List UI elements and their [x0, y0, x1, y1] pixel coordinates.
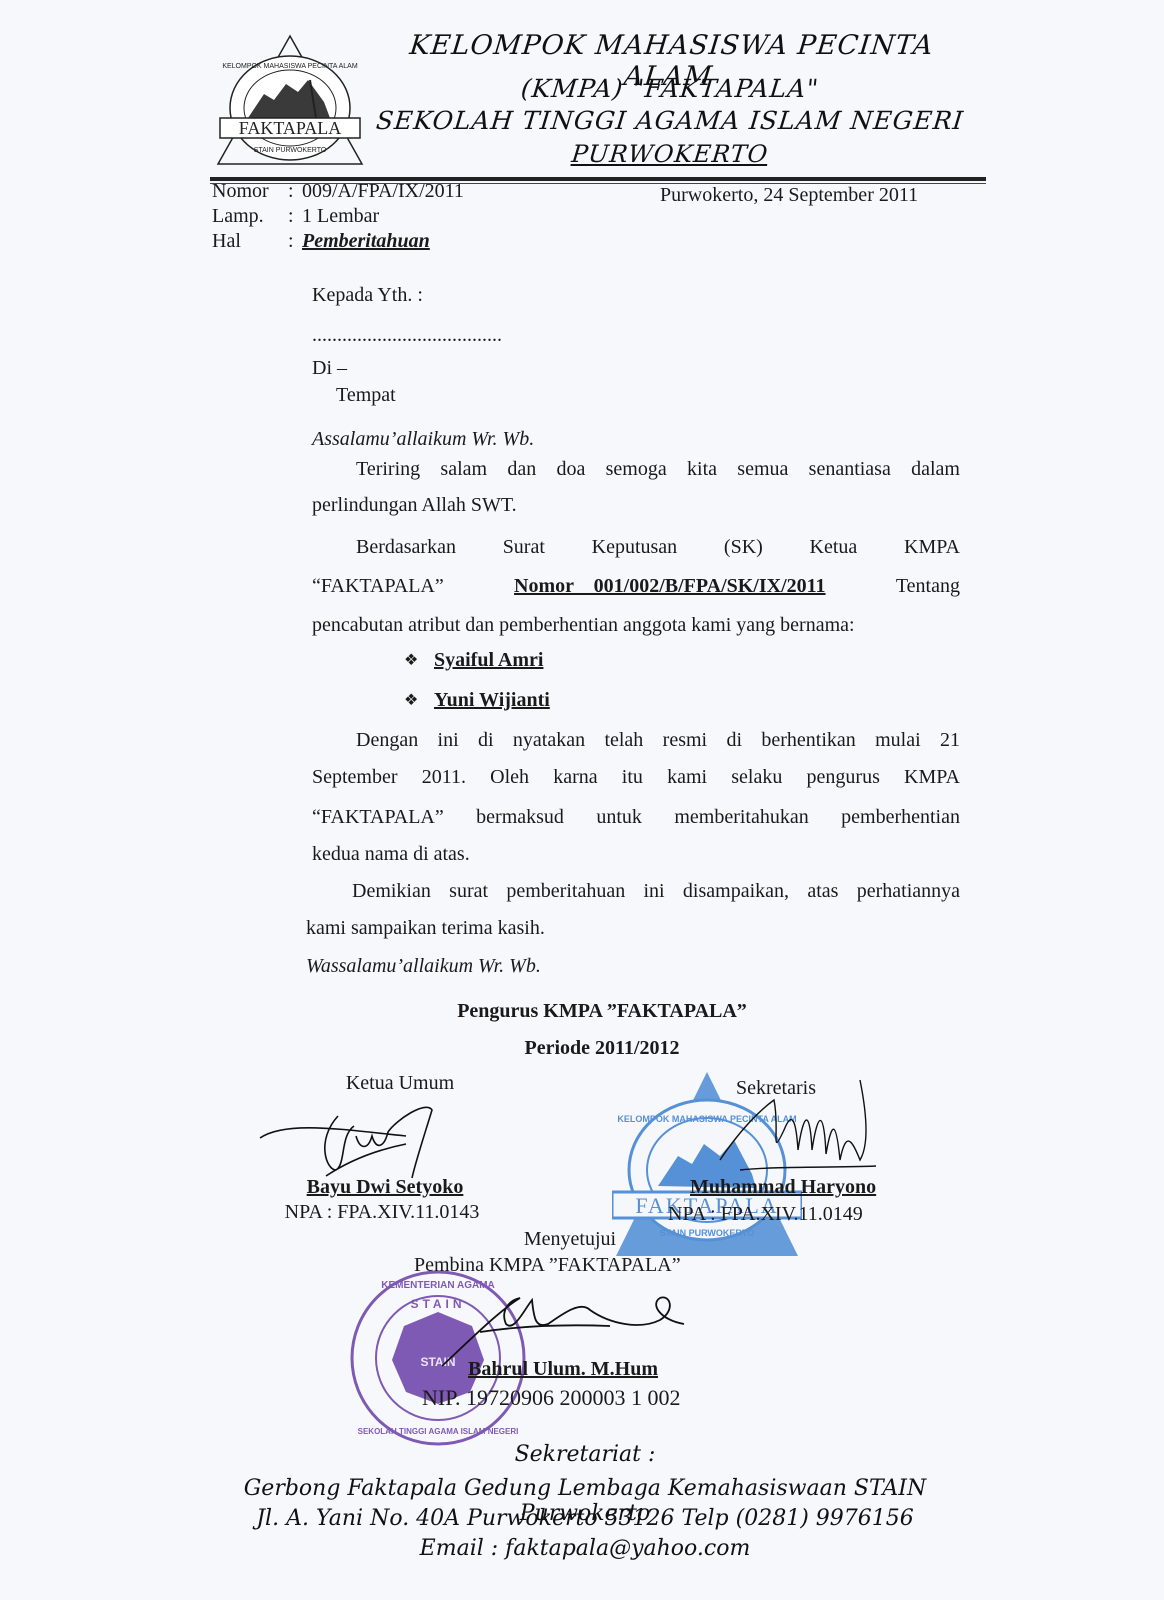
faktapala-logo-icon: FAKTAPALA KELOMPOK MAHASISWA PECINTA ALA…	[212, 32, 368, 168]
pembina-title: Pembina KMPA ”FAKTAPALA”	[414, 1254, 681, 1277]
footer-address-2: Jl. A. Yani No. 40A Purwokerto 53126 Tel…	[190, 1506, 980, 1531]
tentang-word: Tentang	[896, 575, 960, 598]
letterhead-line-2: (KMPA) "FAKTAPALA"	[368, 74, 971, 103]
p4-line-1: Demikian surat pemberitahuan ini disampa…	[352, 880, 960, 903]
p3-line-1: Dengan ini di nyatakan telah resmi di be…	[356, 729, 960, 752]
di-label: Di –	[312, 357, 347, 380]
diamond-bullet-icon: ❖	[404, 650, 418, 670]
sekretaris-title: Sekretaris	[736, 1077, 816, 1100]
colon: :	[288, 205, 294, 228]
p2-line-2: “FAKTAPALA” Nomor 001/002/B/FPA/SK/IX/20…	[312, 575, 960, 598]
colon: :	[288, 180, 294, 203]
p2-line-3: pencabutan atribut dan pemberhentian ang…	[312, 614, 855, 637]
member-name: Syaiful Amri	[434, 649, 543, 672]
svg-text:KELOMPOK MAHASISWA PECINTA ALA: KELOMPOK MAHASISWA PECINTA ALAM	[617, 1114, 796, 1124]
svg-text:STAIN: STAIN	[420, 1355, 455, 1369]
sk-number: Nomor 001/002/B/FPA/SK/IX/2011	[514, 575, 826, 598]
p2-line-1: Berdasarkan Surat Keputusan (SK) Ketua K…	[356, 536, 960, 559]
diamond-bullet-icon: ❖	[404, 690, 418, 710]
sekretaris-npa: NPA : FPA.XIV.11.0149	[668, 1203, 863, 1226]
p1-line-1: Teriring salam dan doa semoga kita semua…	[356, 458, 960, 481]
ketua-signature-icon	[256, 1100, 466, 1180]
org-name: Pengurus KMPA ”FAKTAPALA”	[412, 1000, 792, 1023]
p3-line-2: September 2011. Oleh karna itu kami sela…	[312, 766, 960, 789]
period: Periode 2011/2012	[412, 1037, 792, 1060]
colon: :	[288, 230, 294, 253]
svg-text:KEMENTERIAN AGAMA: KEMENTERIAN AGAMA	[381, 1280, 495, 1291]
svg-text:STAIN PURWOKERTO: STAIN PURWOKERTO	[254, 147, 327, 154]
sekretaris-name: Muhammad Haryono	[690, 1176, 876, 1199]
svg-text:SEKOLAH TINGGI AGAMA ISLAM NEG: SEKOLAH TINGGI AGAMA ISLAM NEGERI	[358, 1427, 519, 1436]
recipient-dots: ......................................	[312, 324, 502, 347]
pembina-name: Bahrul Ulum. M.Hum	[468, 1358, 658, 1381]
letter-page: FAKTAPALA KELOMPOK MAHASISWA PECINTA ALA…	[0, 0, 1164, 1600]
hal-label: Hal	[212, 230, 241, 253]
p4-line-2: kami sampaikan terima kasih.	[306, 917, 545, 940]
svg-text:KELOMPOK MAHASISWA PECINTA ALA: KELOMPOK MAHASISWA PECINTA ALAM	[222, 63, 358, 70]
ketua-title: Ketua Umum	[300, 1072, 500, 1095]
hal-value: Pemberitahuan	[302, 230, 430, 253]
member-name: Yuni Wijianti	[434, 689, 550, 712]
kepada-label: Kepada Yth. :	[312, 284, 423, 307]
faktapala-quote: “FAKTAPALA”	[312, 575, 444, 598]
nomor-label: Nomor	[212, 180, 269, 203]
lamp-label: Lamp.	[212, 205, 264, 228]
ketua-npa: NPA : FPA.XIV.11.0143	[262, 1201, 502, 1224]
svg-text:STAIN PURWOKERTO: STAIN PURWOKERTO	[660, 1228, 755, 1238]
ketua-name: Bayu Dwi Setyoko	[280, 1176, 490, 1199]
closing-salam: Wassalamu’allaikum Wr. Wb.	[306, 955, 541, 978]
p1-line-2: perlindungan Allah SWT.	[312, 494, 517, 517]
lamp-value: 1 Lembar	[302, 205, 379, 228]
p3-line-3: “FAKTAPALA” bermaksud untuk memberitahuk…	[312, 806, 960, 829]
opening-salam: Assalamu’allaikum Wr. Wb.	[312, 428, 534, 451]
approve-label: Menyetujui	[480, 1228, 660, 1251]
footer-title: Sekretariat :	[190, 1442, 980, 1467]
footer-email: Email : faktapala@yahoo.com	[190, 1536, 980, 1561]
p3-line-4: kedua nama di atas.	[312, 843, 470, 866]
svg-text:STAIN: STAIN	[410, 1297, 465, 1311]
pembina-nip: NIP. 19720906 200003 1 002	[422, 1385, 681, 1411]
letterhead-line-4: PURWOKERTO	[369, 140, 972, 168]
letterhead-line-3: SEKOLAH TINGGI AGAMA ISLAM NEGERI	[368, 106, 971, 135]
nomor-value: 009/A/FPA/IX/2011	[302, 180, 464, 203]
place-date: Purwokerto, 24 September 2011	[660, 184, 918, 207]
svg-text:FAKTAPALA: FAKTAPALA	[239, 118, 342, 138]
tempat-label: Tempat	[336, 384, 396, 407]
